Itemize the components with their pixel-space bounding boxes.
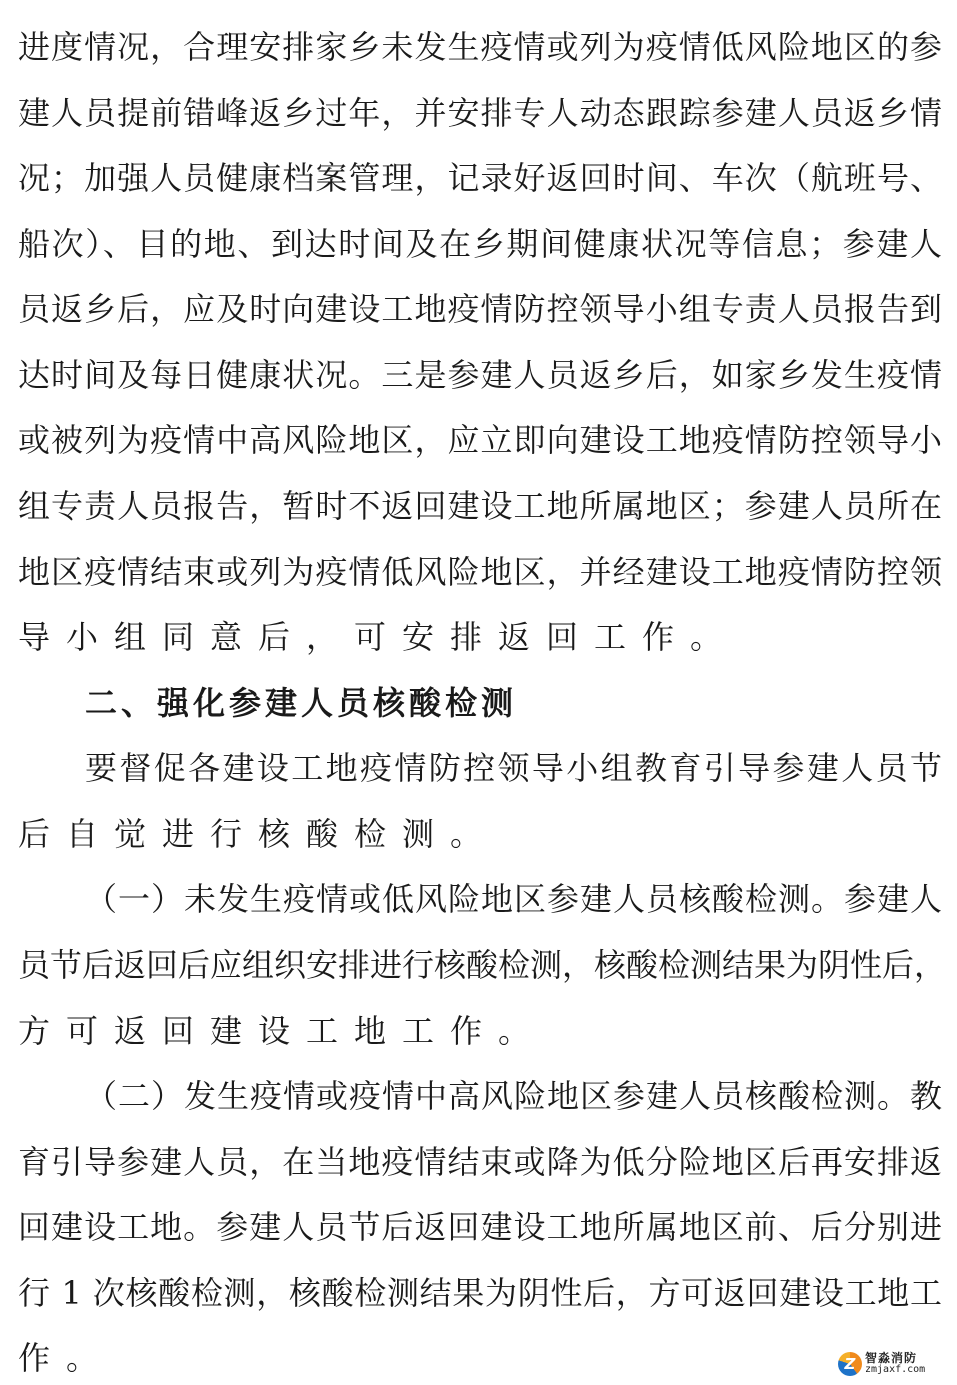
section-heading: 二、强化参建人员核酸检测 [85,683,942,723]
paragraph-line: 要督促各建设工地疫情防控领导小组教育引导参建人员节 [85,748,942,788]
paragraph-line: 回建设工地。参建人员节后返回建设工地所属地区前、后分别进 [18,1207,942,1247]
paragraph-line: 或被列为疫情中高风险地区，应立即向建设工地疫情防控领导小 [18,420,942,460]
document-page: 进度情况，合理安排家乡未发生疫情或列为疫情低风险地区的参 建人员提前错峰返乡过年… [0,0,957,1385]
paragraph-line: 进度情况，合理安排家乡未发生疫情或列为疫情低风险地区的参 [18,27,942,67]
paragraph-line: 行 1 次核酸检测，核酸检测结果为阴性后，方可返回建设工地工 [18,1273,942,1313]
subsection-line: （一）未发生疫情或低风险地区参建人员核酸检测。参建人 [85,879,942,919]
watermark-text: 智淼消防 zmjaxf.com [865,1352,925,1376]
paragraph-line: 建人员提前错峰返乡过年，并安排专人动态跟踪参建人员返乡情 [18,93,942,133]
paragraph-line: 员返乡后，应及时向建设工地疫情防控领导小组专责人员报告到 [18,289,942,329]
paragraph-line: 达时间及每日健康状况。三是参建人员返乡后，如家乡发生疫情 [18,355,942,395]
zm-logo-icon [838,1352,862,1376]
paragraph-line: 方可返回建设工地工作。 [18,1011,942,1051]
paragraph-line: 船次）、目的地、到达时间及在乡期间健康状况等信息；参建人 [18,224,942,264]
paragraph-line: 地区疫情结束或列为疫情低风险地区，并经建设工地疫情防控领 [18,552,942,592]
watermark-brand-name: 智淼消防 [865,1352,925,1364]
paragraph-line: 组专责人员报告，暂时不返回建设工地所属地区；参建人员所在 [18,486,942,526]
subsection-line: （二）发生疫情或疫情中高风险地区参建人员核酸检测。教 [85,1076,942,1116]
paragraph-line: 导小组同意后，可安排返回工作。 [18,617,942,657]
paragraph-line: 员节后返回后应组织安排进行核酸检测，核酸检测结果为阴性后， [18,945,942,985]
watermark: 智淼消防 zmjaxf.com [838,1349,950,1379]
paragraph-line: 作。 [18,1338,942,1378]
paragraph-line: 育引导参建人员，在当地疫情结束或降为低分险地区后再安排返 [18,1142,942,1182]
watermark-url: zmjaxf.com [865,1364,925,1376]
paragraph-line: 况；加强人员健康档案管理，记录好返回时间、车次（航班号、 [18,158,942,198]
paragraph-line: 后自觉进行核酸检测。 [18,814,942,854]
